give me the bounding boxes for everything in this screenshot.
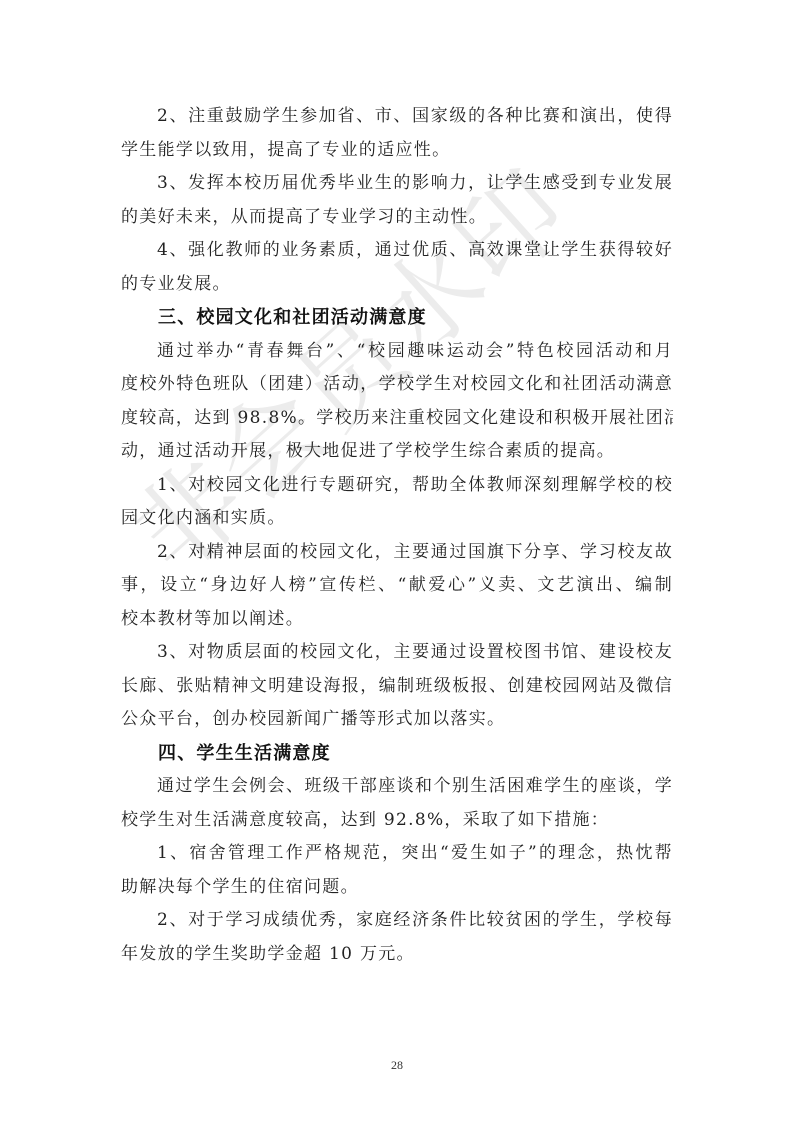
- text-line: 学生能学以致用，提高了专业的适应性。: [121, 134, 673, 168]
- paragraph-section4-item-2: 2、对于学习成绩优秀，家庭经济条件比较贫困的学生，学校每 年发放的学生奖助学金超…: [121, 904, 673, 971]
- paragraph-section4-item-1: 1、宿舍管理工作严格规范，突出“爱生如子”的理念，热忱帮 助解决每个学生的住宿问…: [121, 837, 673, 904]
- text-line: 助解决每个学生的住宿问题。: [121, 871, 673, 905]
- text-line: 长廊、张贴精神文明建设海报，编制班级板报、创建校园网站及微信: [121, 670, 673, 704]
- document-body: 2、注重鼓励学生参加省、市、国家级的各种比赛和演出，使得 学生能学以致用，提高了…: [121, 100, 673, 971]
- document-page: 非会员水印 2、注重鼓励学生参加省、市、国家级的各种比赛和演出，使得 学生能学以…: [0, 0, 794, 1123]
- text-line: 1、对校园文化进行专题研究，帮助全体教师深刻理解学校的校: [121, 469, 673, 503]
- section-heading-campus-culture: 三、校园文化和社团活动满意度: [121, 301, 673, 335]
- text-line: 的专业发展。: [121, 268, 673, 302]
- paragraph-section3-intro: 通过举办“青春舞台”、“校园趣味运动会”特色校园活动和月 度校外特色班队（团建）…: [121, 335, 673, 469]
- text-line: 校学生对生活满意度较高，达到 92.8%，采取了如下措施：: [121, 804, 673, 838]
- text-line: 2、对精神层面的校园文化，主要通过国旗下分享、学习校友故: [121, 536, 673, 570]
- text-line: 年发放的学生奖助学金超 10 万元。: [121, 938, 673, 972]
- text-line: 园文化内涵和实质。: [121, 502, 673, 536]
- text-line: 2、注重鼓励学生参加省、市、国家级的各种比赛和演出，使得: [121, 100, 673, 134]
- text-line: 度校外特色班队（团建）活动，学校学生对校园文化和社团活动满意: [121, 368, 673, 402]
- text-line: 1、宿舍管理工作严格规范，突出“爱生如子”的理念，热忱帮: [121, 837, 673, 871]
- text-line: 校本教材等加以阐述。: [121, 603, 673, 637]
- text-line: 动，通过活动开展，极大地促进了学校学生综合素质的提高。: [121, 435, 673, 469]
- text-line: 2、对于学习成绩优秀，家庭经济条件比较贫困的学生，学校每: [121, 904, 673, 938]
- paragraph-section3-item-2: 2、对精神层面的校园文化，主要通过国旗下分享、学习校友故 事，设立“身边好人榜”…: [121, 536, 673, 637]
- text-line: 度较高，达到 98.8%。学校历来注重校园文化建设和积极开展社团活: [121, 402, 673, 436]
- page-number: 28: [0, 1058, 794, 1073]
- text-line: 通过学生会例会、班级干部座谈和个别生活困难学生的座谈，学: [121, 770, 673, 804]
- section-heading-student-life: 四、学生生活满意度: [121, 737, 673, 771]
- paragraph-section3-item-1: 1、对校园文化进行专题研究，帮助全体教师深刻理解学校的校 园文化内涵和实质。: [121, 469, 673, 536]
- text-line: 4、强化教师的业务素质，通过优质、高效课堂让学生获得较好: [121, 234, 673, 268]
- text-line: 通过举办“青春舞台”、“校园趣味运动会”特色校园活动和月: [121, 335, 673, 369]
- text-line: 3、对物质层面的校园文化，主要通过设置校图书馆、建设校友: [121, 636, 673, 670]
- text-line: 事，设立“身边好人榜”宣传栏、“献爱心”义卖、文艺演出、编制: [121, 569, 673, 603]
- paragraph-item-2: 2、注重鼓励学生参加省、市、国家级的各种比赛和演出，使得 学生能学以致用，提高了…: [121, 100, 673, 167]
- paragraph-item-3: 3、发挥本校历届优秀毕业生的影响力，让学生感受到专业发展 的美好未来，从而提高了…: [121, 167, 673, 234]
- paragraph-section3-item-3: 3、对物质层面的校园文化，主要通过设置校图书馆、建设校友 长廊、张贴精神文明建设…: [121, 636, 673, 737]
- paragraph-item-4: 4、强化教师的业务素质，通过优质、高效课堂让学生获得较好 的专业发展。: [121, 234, 673, 301]
- text-line: 的美好未来，从而提高了专业学习的主动性。: [121, 201, 673, 235]
- text-line: 公众平台，创办校园新闻广播等形式加以落实。: [121, 703, 673, 737]
- paragraph-section4-intro: 通过学生会例会、班级干部座谈和个别生活困难学生的座谈，学 校学生对生活满意度较高…: [121, 770, 673, 837]
- text-line: 3、发挥本校历届优秀毕业生的影响力，让学生感受到专业发展: [121, 167, 673, 201]
